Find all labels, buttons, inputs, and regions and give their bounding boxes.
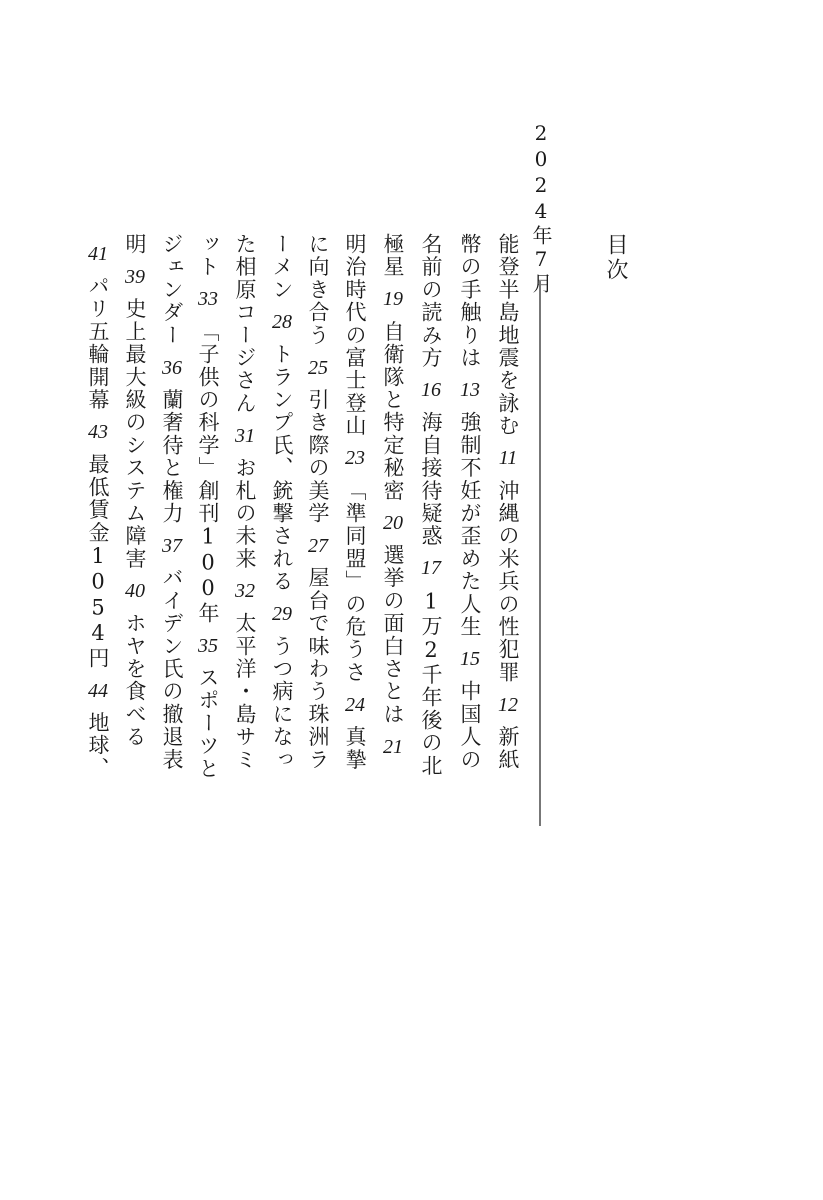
toc-entry-text: 強制不妊が歪めた人生 [458,411,482,638]
toc-entry-text: 新紙 [496,726,520,771]
page-number: 25 [306,358,330,378]
page-title: 目次 [603,233,627,283]
toc-entry-text: 真摯 [343,726,367,771]
toc-entry-text: 太平洋・島サミ [233,612,257,771]
toc-column: ット33「子供の科学」創刊100年35スポーツと [196,233,220,780]
toc-entry-text: に向き合う [306,233,330,347]
issue-date: 2024年7月 [529,121,553,295]
toc-column: 名前の読み方16海自接待疑惑171万2千年後の北 [419,233,443,777]
page-number: 39 [123,267,147,287]
toc-entry-text: うつ病になっ [270,635,294,771]
divider-line [539,281,541,826]
page-number: 17 [419,558,443,578]
toc-entry-text: 幣の手触りは [458,233,482,369]
page-number: 12 [496,695,520,715]
toc-entry-text: 地球、 [86,712,110,780]
toc-entry-text: パリ五輪開幕 [86,275,110,411]
toc-column: 明治時代の富士登山23「準同盟」の危うさ24真摯 [343,233,367,771]
page-number: 16 [419,380,443,400]
page-number: 21 [381,737,405,757]
toc-entry-text: 蘭奢待と権力 [160,389,184,525]
toc-entry-text: スポーツと [196,667,220,781]
toc-entry-text: 能登半島地震を詠む [496,233,520,437]
page-number: 36 [160,358,184,378]
toc-entry-text: 選挙の面白さとは [381,544,405,726]
toc-column: 能登半島地震を詠む11沖縄の米兵の性犯罪12新紙 [496,233,520,771]
toc-entry-text: 屋台で味わう珠洲ラ [306,567,330,771]
page-number: 31 [233,426,257,446]
toc-entry-text: ジェンダー [160,233,184,347]
page-number: 27 [306,536,330,556]
page-number: 11 [496,448,520,468]
page-number: 13 [458,380,482,400]
toc-entry-text: 引き際の美学 [306,389,330,525]
toc-entry-text: お札の未来 [233,457,257,571]
page-number: 37 [160,536,184,556]
toc-entry-text: 明治時代の富士登山 [343,233,367,437]
page-number: 44 [86,681,110,701]
toc-entry-text: 「準同盟」の危うさ [343,479,367,683]
page-number: 33 [196,289,220,309]
page-number: 40 [123,581,147,601]
toc-entry-text: 海自接待疑惑 [419,411,443,547]
toc-column: ーメン28トランプ氏、銃撃される29うつ病になっ [270,233,294,771]
toc-entry-text: た相原コージさん [233,233,257,415]
page-number: 24 [343,695,367,715]
toc-column: に向き合う25引き際の美学27屋台で味わう珠洲ラ [306,233,330,771]
toc-column: 明39史上最大級のシステム障害40ホヤを食べる [123,233,147,748]
toc-column: た相原コージさん31お札の未来32太平洋・島サミ [233,233,257,771]
toc-column: ジェンダー36蘭奢待と権力37バイデン氏の撤退表 [160,233,184,771]
toc-entry-text: 沖縄の米兵の性犯罪 [496,479,520,683]
toc-entry-text: トランプ氏、銃撃される [270,343,294,593]
page-number: 32 [233,581,257,601]
toc-entry-text: 1万2千年後の北 [419,589,443,777]
page-number: 43 [86,422,110,442]
toc-column: 幣の手触りは13強制不妊が歪めた人生15中国人の [458,233,482,771]
toc-entry-text: 史上最大級のシステム障害 [123,298,147,570]
toc-entry-text: 名前の読み方 [419,233,443,369]
page-number: 28 [270,312,294,332]
page-number: 35 [196,636,220,656]
toc-entry-text: 「子供の科学」創刊100年 [196,320,220,624]
toc-entry-text: ーメン [270,233,294,301]
toc-entry-text: 極星 [381,233,405,278]
page-number: 15 [458,649,482,669]
toc-entry-text: 中国人の [458,680,482,771]
toc-entry-text: バイデン氏の撤退表 [160,567,184,771]
toc-entry-text: 自衛隊と特定秘密 [381,320,405,502]
page-number: 41 [86,244,110,264]
page-number: 20 [381,513,405,533]
page-number: 23 [343,448,367,468]
toc-entry-text: 明 [123,233,147,256]
toc-column: 極星19自衛隊と特定秘密20選挙の面白さとは21 [381,233,405,768]
page-number: 19 [381,289,405,309]
toc-entry-text: ホヤを食べる [123,612,147,748]
toc-column: 41パリ五輪開幕43最低賃金1054円44地球、 [86,233,110,780]
toc-entry-text: ット [196,233,220,278]
toc-entry-text: 最低賃金1054円 [86,453,110,669]
page-number: 29 [270,604,294,624]
